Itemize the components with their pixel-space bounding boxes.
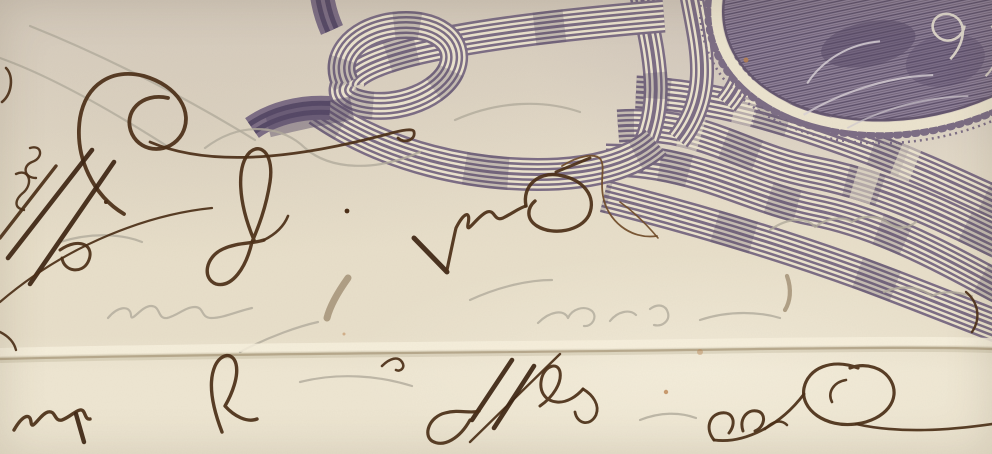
letter-scan-artwork	[0, 0, 992, 454]
paper-grain-texture	[0, 0, 992, 454]
scanned-letter-page: Scanned handwritten letter (verso) with …	[0, 0, 992, 454]
